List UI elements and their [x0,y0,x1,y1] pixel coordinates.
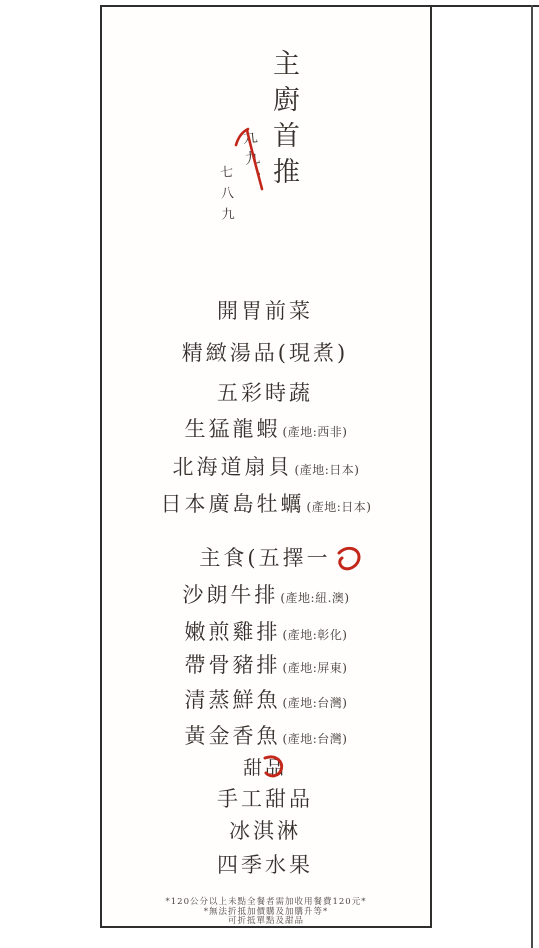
dish-name: 手工甜品 [217,787,313,811]
origin-note: (產地:台灣) [283,696,348,710]
handwritten-new-price: 七八九 [215,165,236,229]
old-price-crossed-out: 九九、 [239,128,266,193]
origin-note: (產地:台灣) [283,732,348,746]
origin-note: (產地:屏東) [283,661,348,675]
dish-name: 四季水果 [217,853,313,877]
dish-name: 冰淇淋 [229,819,301,843]
origin-note: (產地:西非) [283,425,348,439]
menu-item-row-main-course-header: 主食(五擇一 [102,542,430,572]
origin-note: (產地:日本) [295,463,360,477]
dish-name: 開胃前菜 [217,299,313,323]
dish-name: 日本廣島牡蠣 [161,492,305,516]
menu-item-row: 開胃前菜 [102,295,430,325]
dish-name: 帶骨豬排 [185,653,281,677]
origin-note: (產地:彰化) [283,628,348,642]
dish-name: 嫩煎雞排 [185,620,281,644]
menu-item-row: 手工甜品 [102,783,430,813]
footer-note-line: 可折抵單點及甜品 [102,917,430,927]
scan-edge-top-line [430,5,539,7]
menu-item-row: 嫩煎雞排(產地:彰化) [102,616,430,646]
menu-item-row: 清蒸鮮魚(產地:台灣) [102,684,430,714]
dish-name: 精緻湯品(現煮) [182,341,348,365]
menu-item-row-dessert-header: 甜品 [102,753,430,780]
menu-item-row: 冰淇淋 [102,815,430,845]
menu-title: 主廚首推 [264,49,303,193]
dish-name: 清蒸鮮魚 [185,688,281,712]
origin-note: (產地:紐.澳) [280,591,349,605]
footer-disclaimers: *120公分以上未點全餐者需加收用餐費120元* *無法折抵加價購及加購升等* … [102,898,430,927]
dish-name: 北海道扇貝 [173,455,293,479]
menu-card: 主廚首推 九九、 七八九 開胃前菜 精緻湯品(現煮) 五彩時蔬 生猛龍蝦(產地:… [100,5,432,928]
dish-name: 甜品 [243,757,287,779]
scan-edge-right-line [531,5,533,948]
dish-name: 黃金香魚 [185,724,281,748]
dish-name: 生猛龍蝦 [185,417,281,441]
menu-item-row: 五彩時蔬 [102,377,430,407]
menu-item-row: 日本廣島牡蠣(產地:日本) [102,488,430,518]
menu-item-row: 四季水果 [102,849,430,879]
origin-note: (產地:日本) [307,500,372,514]
menu-item-row: 黃金香魚(產地:台灣) [102,720,430,750]
menu-item-row: 帶骨豬排(產地:屏東) [102,649,430,679]
dish-name: 沙朗牛排 [182,583,278,607]
menu-item-row: 生猛龍蝦(產地:西非) [102,413,430,443]
dish-name: 主食(五擇一 [199,546,330,570]
menu-item-row: 北海道扇貝(產地:日本) [102,451,430,481]
dish-name: 五彩時蔬 [217,381,313,405]
menu-item-row: 精緻湯品(現煮) [102,337,430,367]
menu-item-row: 沙朗牛排(產地:紐.澳) [102,579,430,609]
